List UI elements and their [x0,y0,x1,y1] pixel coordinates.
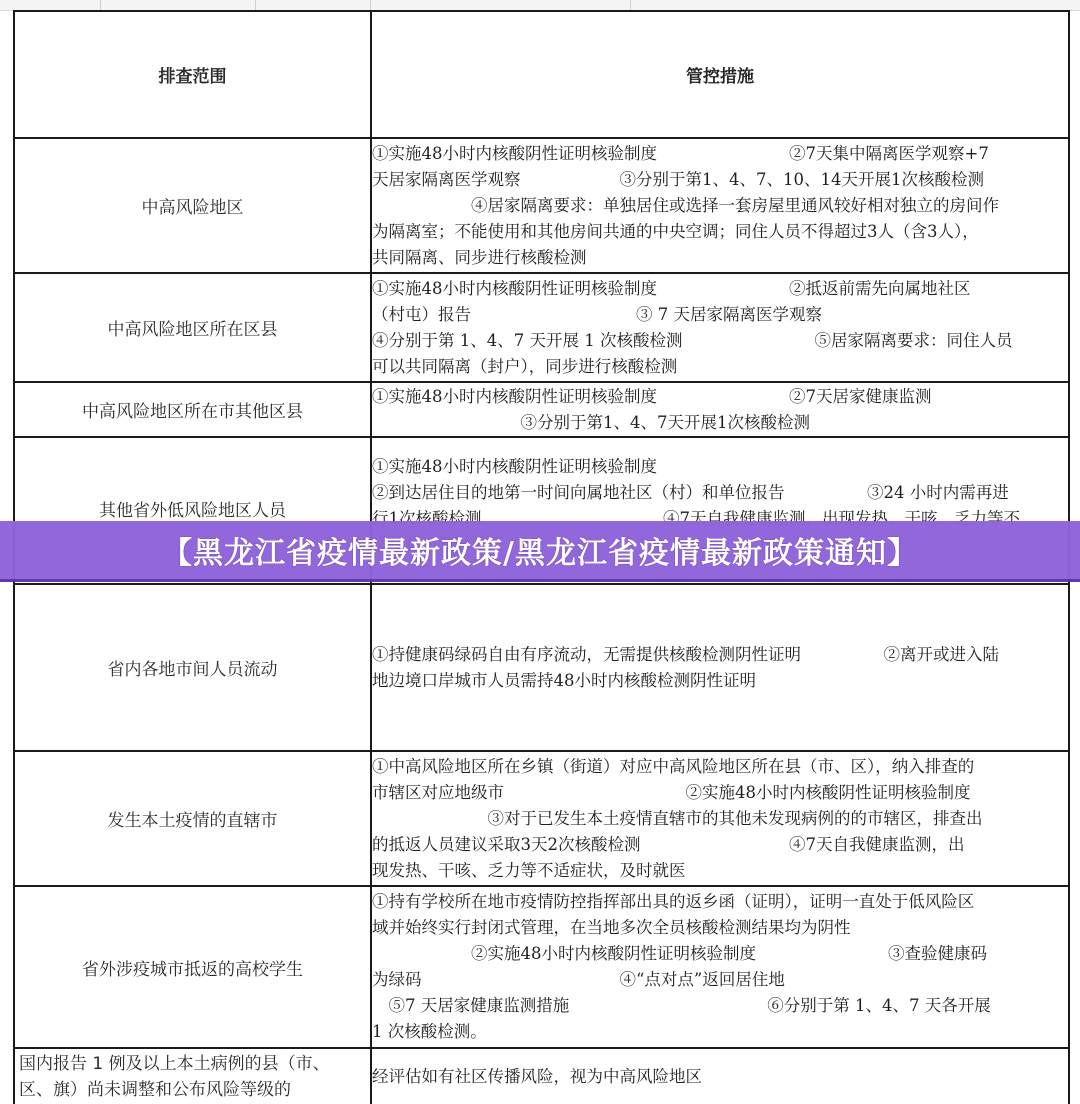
table-row: 发生本土疫情的直辖市 ①中高风险地区所在乡镇（街道）对应中高风险地区所在县（市、… [14,751,1069,886]
table-row: 中高风险地区 ①实施48小时内核酸阴性证明核验制度 ②7天集中隔离医学观察+7 … [14,138,1069,273]
row-scope: 中高风险地区所在区县 [14,273,371,382]
row-scope: 发生本土疫情的直辖市 [14,751,371,886]
title-banner: 【黑龙江省疫情最新政策/黑龙江省疫情最新政策通知】 [0,521,1080,582]
row-measures: ①实施48小时内核酸阴性证明核验制度 ②7天居家健康监测 ③分别于第1、4、7天… [371,382,1069,437]
row-scope: 中高风险地区所在市其他区县 [14,382,371,437]
table-row: 省外涉疫城市抵返的高校学生 ①持有学校所在地市疫情防控指挥部出具的返乡函（证明）… [14,886,1069,1048]
row-measures: ①中高风险地区所在乡镇（街道）对应中高风险地区所在县（市、区），纳入排查的 市辖… [371,751,1069,886]
row-measures: 经评估如有社区传播风险，视为中高风险地区 [371,1048,1069,1104]
row-measures: ①实施48小时内核酸阴性证明核验制度 ②7天集中隔离医学观察+7 天居家隔离医学… [371,138,1069,273]
table-row: 中高风险地区所在区县 ①实施48小时内核酸阴性证明核验制度 ②抵返前需先向属地社… [14,273,1069,382]
row-scope: 省外涉疫城市抵返的高校学生 [14,886,371,1048]
banner-title: 【黑龙江省疫情最新政策/黑龙江省疫情最新政策通知】 [162,528,918,572]
header-scope: 排查范围 [14,11,371,138]
row-scope: 中高风险地区 [14,138,371,273]
row-scope: 省内各地市间人员流动 [14,584,371,751]
row-scope: 国内报告 1 例及以上本土病例的县（市、 区、旗）尚未调整和公布风险等级的 [14,1048,371,1104]
row-measures: ①持健康码绿码自由有序流动，无需提供核酸检测阴性证明 ②离开或进入陆 地边境口岸… [371,584,1069,751]
table-row: 国内报告 1 例及以上本土病例的县（市、 区、旗）尚未调整和公布风险等级的 经评… [14,1048,1069,1104]
row-measures: ①持有学校所在地市疫情防控指挥部出具的返乡函（证明），证明一直处于低风险区 域并… [371,886,1069,1048]
table-header-row: 排查范围 管控措施 [14,11,1069,138]
row-measures: ①实施48小时内核酸阴性证明核验制度 ②抵返前需先向属地社区 （村屯）报告 ③ … [371,273,1069,382]
table-row: 省内各地市间人员流动 ①持健康码绿码自由有序流动，无需提供核酸检测阴性证明 ②离… [14,584,1069,751]
header-measures: 管控措施 [371,11,1069,138]
table-row: 中高风险地区所在市其他区县 ①实施48小时内核酸阴性证明核验制度 ②7天居家健康… [14,382,1069,437]
